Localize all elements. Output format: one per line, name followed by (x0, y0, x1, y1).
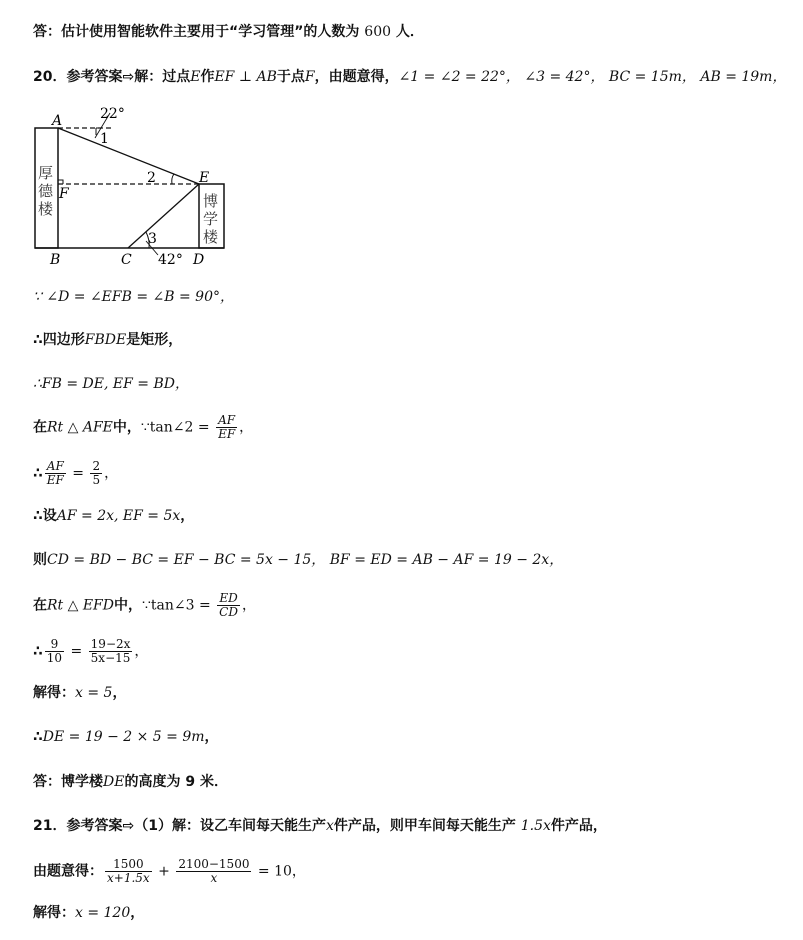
numerator: 19−2x (89, 638, 133, 652)
text: 解得： (33, 685, 75, 701)
text: ∴ (33, 729, 43, 745)
math: 1.5x (521, 818, 551, 834)
math: E (190, 69, 200, 85)
text: + (154, 864, 175, 880)
text: = (68, 466, 89, 482)
text: 人． (391, 24, 424, 40)
fraction: 25 (90, 460, 102, 487)
fraction: AFEF (216, 414, 237, 441)
step-solve-x: 解得：x = 5， (33, 683, 126, 703)
math: ∵tan∠2 = (141, 420, 214, 436)
step-ratio: ∴AFEF = 25， (33, 460, 118, 487)
text: ∴ (33, 644, 43, 660)
text: 中， (114, 598, 142, 614)
numerator: 2100−1500 (176, 858, 251, 872)
numerator: AF (216, 414, 237, 428)
fraction: AFEF (45, 460, 66, 487)
denominator: EF (216, 428, 237, 441)
text: = 10， (253, 864, 305, 880)
text: 则 (33, 552, 47, 568)
question-20-header: 20．参考答案⇨解：过点E作EF ⊥ AB于点F，由题意得，∠1 = ∠2 = … (33, 67, 786, 87)
arrow-icon: ⇨ (122, 69, 134, 85)
fraction: 1500x+1.5x (105, 858, 152, 885)
text: 由题意得： (33, 864, 103, 880)
math: Rt △ AFE (47, 420, 113, 436)
text: ∴设 (33, 508, 57, 524)
math: ∠1 = ∠2 = 22°， ∠3 = 42°， BC = 15m， AB = … (399, 69, 787, 85)
right-building-char-1: 博 (203, 192, 218, 210)
label-angle3: 3 (148, 231, 157, 247)
text: ∴四边形 (33, 332, 85, 348)
text: ， (205, 729, 219, 745)
question-number: 20．参考答案 (33, 69, 122, 85)
math: ∵tan∠3 = (142, 598, 215, 614)
fraction: 910 (45, 638, 64, 665)
left-building-char-1: 厚 (38, 164, 53, 182)
question-number: 21．参考答案 (33, 818, 122, 834)
text: ， (239, 420, 253, 436)
text: ， (112, 685, 126, 701)
step-de: ∴DE = 19 − 2 × 5 = 9m， (33, 727, 219, 747)
label-d: D (192, 252, 204, 268)
text: 的高度为 9 米． (124, 774, 228, 790)
text: ， (134, 644, 148, 660)
step-equal-sides: ∴FB = DE, EF = BD， (33, 374, 189, 394)
step-tan2: 在Rt △ AFE中，∵tan∠2 = AFEF， (33, 414, 253, 441)
text: ∴ (33, 466, 43, 482)
text: 件产品， (551, 818, 607, 834)
math: Rt △ EFD (47, 598, 114, 614)
numerator: AF (45, 460, 66, 474)
fraction: 2100−1500x (176, 858, 251, 885)
label-e: E (198, 170, 209, 186)
text: 答：博学楼 (33, 774, 103, 790)
text: 是矩形， (126, 332, 182, 348)
math: ∴FB = DE, EF = BD， (33, 376, 189, 392)
right-building-char-3: 楼 (203, 228, 219, 246)
text: ， (180, 508, 194, 524)
right-building-char-2: 学 (203, 210, 218, 228)
numerator: 9 (45, 638, 64, 652)
text: 解得： (33, 905, 75, 921)
step-tan3: 在Rt △ EFD中，∵tan∠3 = EDCD， (33, 592, 256, 619)
label-angle1: 1 (100, 131, 109, 147)
math: x = 5 (75, 685, 112, 701)
label-c: C (121, 252, 132, 268)
math: x = 120 (75, 905, 130, 921)
math: CD = BD − BC = EF − BC = 5x − 15， BF = E… (47, 552, 563, 568)
math: AF = 2x, EF = 5x (57, 508, 181, 524)
math: EF ⊥ AB (214, 69, 276, 85)
fraction: 19−2x5x−15 (89, 638, 133, 665)
text: = (66, 644, 87, 660)
numerator: ED (217, 592, 240, 606)
denominator: x+1.5x (105, 872, 152, 885)
text: 件产品，则甲车间每天能生产 (334, 818, 521, 834)
denominator: x (176, 872, 251, 885)
step-rectangle: ∴四边形FBDE是矩形， (33, 330, 182, 350)
label-a: A (50, 113, 62, 129)
numerator: 1500 (105, 858, 152, 872)
denominator: 5x−15 (89, 652, 133, 665)
step-angles-right: ∵ ∠D = ∠EFB = ∠B = 90°， (33, 287, 234, 307)
text: 作 (200, 69, 214, 85)
text: 中， (113, 420, 141, 436)
step-equation: ∴910 = 19−2x5x−15， (33, 638, 148, 665)
answer-line-19: 答：估计使用智能软件主要用于“学习管理”的人数为 600 人． (33, 22, 424, 42)
geometry-diagram: A 22° 1 2 E F 3 B C 42° D 厚 德 楼 博 学 楼 (0, 95, 260, 275)
label-42deg: 42° (158, 252, 183, 268)
answer-line-20: 答：博学楼DE的高度为 9 米． (33, 772, 228, 792)
math: DE (103, 774, 124, 790)
text: 在 (33, 598, 47, 614)
text: 在 (33, 420, 47, 436)
label-angle2: 2 (147, 170, 156, 186)
numerator: 2 (90, 460, 102, 474)
text: ，由题意得， (315, 69, 399, 85)
text: 答：估计使用智能软件主要用于“学习管理”的人数为 (33, 24, 364, 40)
arrow-icon: ⇨ (122, 818, 134, 834)
text: ， (104, 466, 118, 482)
question-21-header: 21．参考答案⇨（1）解：设乙车间每天能生产x件产品，则甲车间每天能生产 1.5… (33, 816, 607, 836)
fraction: EDCD (217, 592, 240, 619)
text: 解：过点 (134, 69, 190, 85)
step-let: ∴设AF = 2x, EF = 5x， (33, 506, 194, 526)
step-equation-21: 由题意得：1500x+1.5x + 2100−1500x = 10， (33, 858, 306, 885)
left-building-char-3: 楼 (38, 200, 54, 218)
math: F (305, 69, 315, 85)
step-solve-x-21: 解得：x = 120， (33, 903, 144, 923)
number: 600 (364, 24, 391, 40)
denominator: 10 (45, 652, 64, 665)
text: ， (242, 598, 256, 614)
denominator: EF (45, 474, 66, 487)
step-cd-bf: 则CD = BD − BC = EF − BC = 5x − 15， BF = … (33, 550, 563, 570)
math: FBDE (85, 332, 126, 348)
text: （1）解：设乙车间每天能生产 (134, 818, 326, 834)
left-building-char-2: 德 (38, 182, 54, 200)
text: 于点 (277, 69, 305, 85)
text: ， (130, 905, 144, 921)
label-b: B (49, 252, 60, 268)
math: x (326, 818, 334, 834)
math: ∵ ∠D = ∠EFB = ∠B = 90°， (33, 289, 234, 305)
denominator: CD (217, 606, 240, 619)
label-f: F (58, 186, 70, 202)
denominator: 5 (90, 474, 102, 487)
label-22deg: 22° (100, 106, 125, 122)
math: DE = 19 − 2 × 5 = 9m (43, 729, 205, 745)
